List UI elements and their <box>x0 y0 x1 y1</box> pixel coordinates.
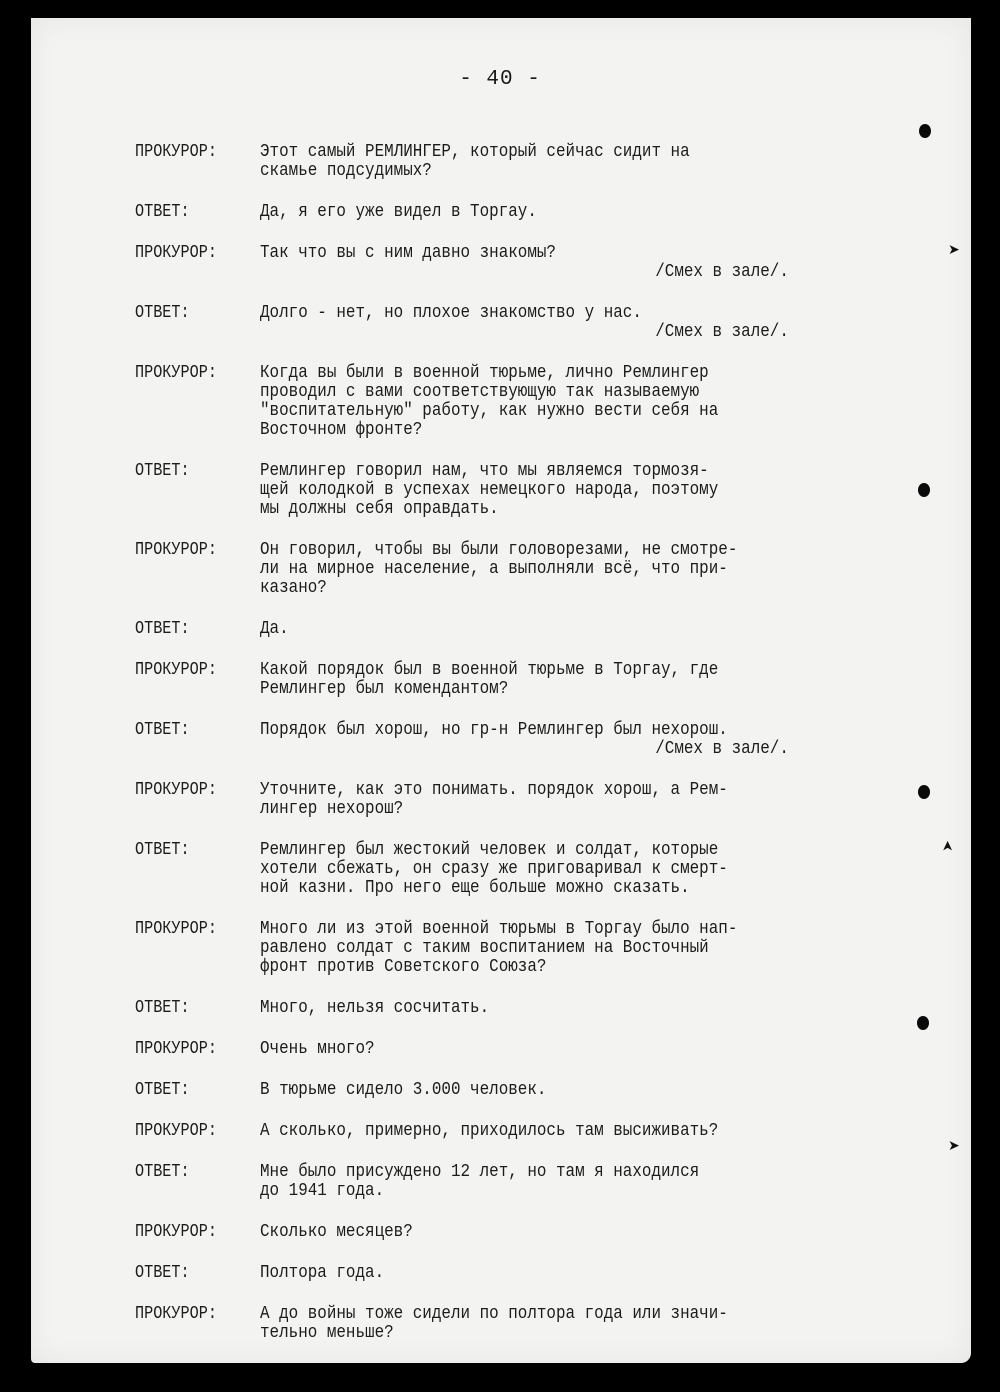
speech-line: казано? <box>260 578 823 597</box>
speech-text: Очень много? <box>260 1039 823 1058</box>
speaker-label: ОТВЕТ: <box>135 202 238 221</box>
speech-line: тельно меньше? <box>260 1323 823 1342</box>
speech-line: скамье подсудимых? <box>260 161 823 180</box>
speaker-label: ПРОКУРОР: <box>135 363 238 439</box>
speech-line: Так что вы с ним давно знакомы? <box>260 243 823 262</box>
speaker-label: ОТВЕТ: <box>135 303 238 341</box>
registration-mark-icon: ➤ <box>948 1138 960 1154</box>
speech-line: Порядок был хорош, но гр-н Ремлингер был… <box>260 720 823 739</box>
speaker-label: ОТВЕТ: <box>135 619 238 638</box>
speech-text: Так что вы с ним давно знакомы?/Смех в з… <box>260 243 823 281</box>
witness-answer: ОТВЕТ:Ремлингер был жестокий человек и с… <box>135 840 915 897</box>
speech-line: щей колодкой в успехах немецкого народа,… <box>260 480 823 499</box>
speech-text: Полтора года. <box>260 1263 823 1282</box>
witness-answer: ОТВЕТ:Да, я его уже видел в Торгау. <box>135 202 915 221</box>
punch-hole-icon <box>919 124 931 138</box>
prosecutor-question: ПРОКУРОР:Уточните, как это понимать. пор… <box>135 780 915 818</box>
speech-line: В тюрьме сидело 3.000 человек. <box>260 1080 823 1099</box>
punch-hole-icon <box>918 483 930 497</box>
audience-remark: /Смех в зале/. <box>260 739 789 758</box>
speech-text: В тюрьме сидело 3.000 человек. <box>260 1080 823 1099</box>
speaker-label: ОТВЕТ: <box>135 998 238 1017</box>
speech-text: Сколько месяцев? <box>260 1222 823 1241</box>
prosecutor-question: ПРОКУРОР:Какой порядок был в военной тюр… <box>135 660 915 698</box>
speech-line: Много ли из этой военной тюрьмы в Торгау… <box>260 919 823 938</box>
speech-line: мы должны себя оправдать. <box>260 499 823 518</box>
speech-line: Какой порядок был в военной тюрьме в Тор… <box>260 660 823 679</box>
speaker-label: ПРОКУРОР: <box>135 660 238 698</box>
witness-answer: ОТВЕТ:Мне было присуждено 12 лет, но там… <box>135 1162 915 1200</box>
speech-line: Когда вы были в военной тюрьме, лично Ре… <box>260 363 823 382</box>
witness-answer: ОТВЕТ:Полтора года. <box>135 1263 915 1282</box>
speech-line: Уточните, как это понимать. порядок хоро… <box>260 780 823 799</box>
speech-line: Восточном фронте? <box>260 420 823 439</box>
speech-line: Ремлингер говорил нам, что мы являемся т… <box>260 461 823 480</box>
speaker-label: ПРОКУРОР: <box>135 540 238 597</box>
speech-line: фронт против Советского Союза? <box>260 957 823 976</box>
speech-text: Мне было присуждено 12 лет, но там я нах… <box>260 1162 823 1200</box>
speech-line: хотели сбежать, он сразу же приговаривал… <box>260 859 823 878</box>
witness-answer: ОТВЕТ:Да. <box>135 619 915 638</box>
speech-line: равлено солдат с таким воспитанием на Во… <box>260 938 823 957</box>
page-number: - 40 - <box>0 68 1000 91</box>
speech-line: Ремлингер был комендантом? <box>260 679 823 698</box>
speech-line: Много, нельзя сосчитать. <box>260 998 823 1017</box>
speech-line: ли на мирное население, а выполняли всё,… <box>260 559 823 578</box>
speech-line: Ремлингер был жестокий человек и солдат,… <box>260 840 823 859</box>
prosecutor-question: ПРОКУРОР:Так что вы с ним давно знакомы?… <box>135 243 915 281</box>
speaker-label: ПРОКУРОР: <box>135 1304 238 1342</box>
speaker-label: ОТВЕТ: <box>135 461 238 518</box>
prosecutor-question: ПРОКУРОР:Очень много? <box>135 1039 915 1058</box>
witness-answer: ОТВЕТ:Много, нельзя сосчитать. <box>135 998 915 1017</box>
speech-text: Ремлингер был жестокий человек и солдат,… <box>260 840 823 897</box>
speech-line: А до войны тоже сидели по полтора года и… <box>260 1304 823 1323</box>
witness-answer: ОТВЕТ:Ремлингер говорил нам, что мы явля… <box>135 461 915 518</box>
speaker-label: ОТВЕТ: <box>135 720 238 758</box>
speech-text: Много ли из этой военной тюрьмы в Торгау… <box>260 919 823 976</box>
speech-text: А до войны тоже сидели по полтора года и… <box>260 1304 823 1342</box>
prosecutor-question: ПРОКУРОР:Он говорил, чтобы вы были голов… <box>135 540 915 597</box>
audience-remark: /Смех в зале/. <box>260 322 789 341</box>
speech-text: Какой порядок был в военной тюрьме в Тор… <box>260 660 823 698</box>
punch-hole-icon <box>917 1016 929 1030</box>
speaker-label: ОТВЕТ: <box>135 840 238 897</box>
speaker-label: ОТВЕТ: <box>135 1162 238 1200</box>
speaker-label: ПРОКУРОР: <box>135 243 238 281</box>
speech-text: Да. <box>260 619 823 638</box>
speech-line: ной казни. Про него еще больше можно ска… <box>260 878 823 897</box>
speech-line: Мне было присуждено 12 лет, но там я нах… <box>260 1162 823 1181</box>
speech-line: Этот самый РЕМЛИНГЕР, который сейчас сид… <box>260 142 823 161</box>
witness-answer: ОТВЕТ:Долго - нет, но плохое знакомство … <box>135 303 915 341</box>
speech-line: Полтора года. <box>260 1263 823 1282</box>
witness-answer: ОТВЕТ:Порядок был хорош, но гр-н Ремлинг… <box>135 720 915 758</box>
prosecutor-question: ПРОКУРОР:Этот самый РЕМЛИНГЕР, который с… <box>135 142 915 180</box>
speech-text: Порядок был хорош, но гр-н Ремлингер был… <box>260 720 823 758</box>
registration-mark-icon: ➤ <box>948 242 960 258</box>
speech-text: Много, нельзя сосчитать. <box>260 998 823 1017</box>
speech-text: Он говорил, чтобы вы были головорезами, … <box>260 540 823 597</box>
registration-mark-icon: ➤ <box>940 840 956 852</box>
speech-text: А сколько, примерно, приходилось там выс… <box>260 1121 823 1140</box>
speaker-label: ОТВЕТ: <box>135 1263 238 1282</box>
speech-text: Уточните, как это понимать. порядок хоро… <box>260 780 823 818</box>
prosecutor-question: ПРОКУРОР:А до войны тоже сидели по полто… <box>135 1304 915 1342</box>
speaker-label: ПРОКУРОР: <box>135 1039 238 1058</box>
speech-line: "воспитательную" работу, как нужно вести… <box>260 401 823 420</box>
audience-remark: /Смех в зале/. <box>260 262 789 281</box>
witness-answer: ОТВЕТ:В тюрьме сидело 3.000 человек. <box>135 1080 915 1099</box>
speech-text: Долго - нет, но плохое знакомство у нас.… <box>260 303 823 341</box>
speaker-label: ПРОКУРОР: <box>135 919 238 976</box>
speech-line: А сколько, примерно, приходилось там выс… <box>260 1121 823 1140</box>
speaker-label: ПРОКУРОР: <box>135 780 238 818</box>
speech-text: Да, я его уже видел в Торгау. <box>260 202 823 221</box>
punch-hole-icon <box>918 785 930 799</box>
speaker-label: ПРОКУРОР: <box>135 1121 238 1140</box>
speech-line: Очень много? <box>260 1039 823 1058</box>
speech-line: лингер нехорош? <box>260 799 823 818</box>
speech-line: Долго - нет, но плохое знакомство у нас. <box>260 303 823 322</box>
speech-line: проводил с вами соответствующую так назы… <box>260 382 823 401</box>
speech-text: Этот самый РЕМЛИНГЕР, который сейчас сид… <box>260 142 823 180</box>
prosecutor-question: ПРОКУРОР:Когда вы были в военной тюрьме,… <box>135 363 915 439</box>
speech-line: до 1941 года. <box>260 1181 823 1200</box>
speaker-label: ОТВЕТ: <box>135 1080 238 1099</box>
speech-text: Ремлингер говорил нам, что мы являемся т… <box>260 461 823 518</box>
speech-line: Он говорил, чтобы вы были головорезами, … <box>260 540 823 559</box>
speaker-label: ПРОКУРОР: <box>135 142 238 180</box>
prosecutor-question: ПРОКУРОР:Сколько месяцев? <box>135 1222 915 1241</box>
speech-line: Да. <box>260 619 823 638</box>
prosecutor-question: ПРОКУРОР:Много ли из этой военной тюрьмы… <box>135 919 915 976</box>
prosecutor-question: ПРОКУРОР:А сколько, примерно, приходилос… <box>135 1121 915 1140</box>
transcript: ПРОКУРОР:Этот самый РЕМЛИНГЕР, который с… <box>135 142 915 1364</box>
speaker-label: ПРОКУРОР: <box>135 1222 238 1241</box>
speech-line: Сколько месяцев? <box>260 1222 823 1241</box>
speech-line: Да, я его уже видел в Торгау. <box>260 202 823 221</box>
speech-text: Когда вы были в военной тюрьме, лично Ре… <box>260 363 823 439</box>
